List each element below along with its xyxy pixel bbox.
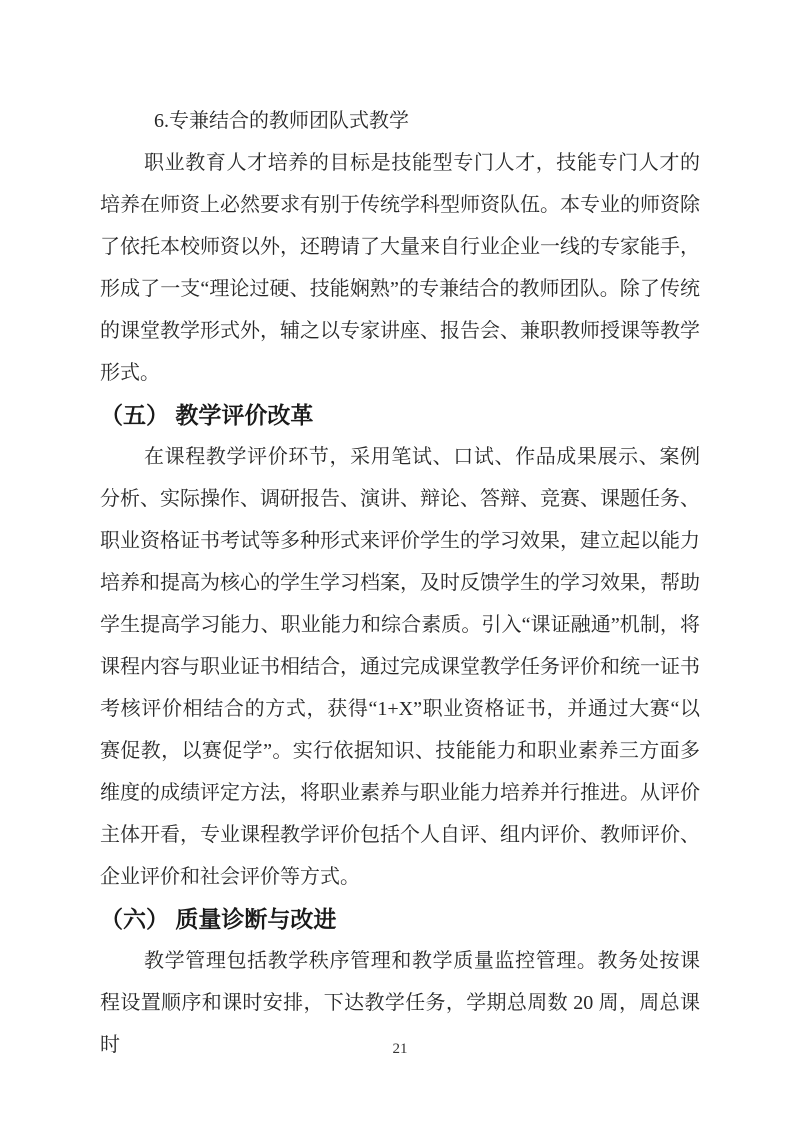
paragraph-teaching-evaluation: 在课程教学评价环节，采用笔试、口试、作品成果展示、案例分析、实际操作、调研报告、…	[100, 436, 700, 898]
document-body: 6.专兼结合的教师团队式教学 职业教育人才培养的目标是技能型专门人才，技能专门人…	[100, 100, 700, 1066]
subheading-teacher-team: 6.专兼结合的教师团队式教学	[100, 100, 700, 142]
heading-section-six-quality-diagnosis-improvement: （六） 质量诊断与改进	[100, 898, 700, 940]
document-page: 6.专兼结合的教师团队式教学 职业教育人才培养的目标是技能型专门人才，技能专门人…	[0, 0, 800, 1131]
heading-section-five-teaching-evaluation-reform: （五） 教学评价改革	[100, 394, 700, 436]
page-number: 21	[0, 1041, 800, 1058]
paragraph-teacher-team: 职业教育人才培养的目标是技能型专门人才，技能专门人才的培养在师资上必然要求有别于…	[100, 142, 700, 394]
